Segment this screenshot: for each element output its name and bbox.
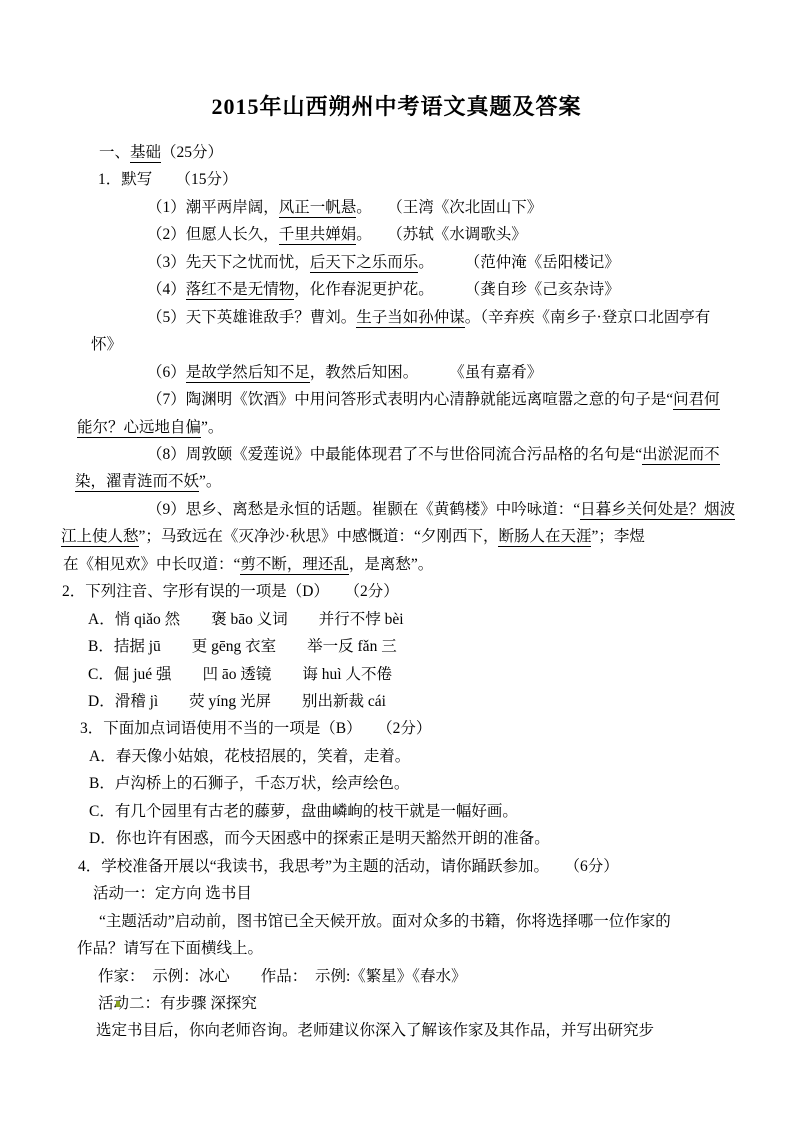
text-line: D．你也许有困惑，而今天困惑中的探索正是明天豁然开朗的准备。	[89, 825, 550, 852]
underlined-text: 出淤泥而不	[642, 446, 720, 465]
document-page: 2015年山西朔州中考语文真题及答案 一、基础（25分）1．默写 （15分）（1…	[0, 0, 793, 1122]
text-segment: 2．下列注音、字形有误的一项是（D） （2分）	[62, 583, 399, 600]
text-line: （9）思乡、离愁是永恒的话题。崔颢在《黄鹤楼》中吟咏道：“日暮乡关何处是？烟波	[147, 496, 735, 523]
text-segment: （25分）	[161, 144, 223, 161]
text-line: B．拮据 jū 更 gēng 衣室 举一反 fǎn 三	[88, 633, 397, 660]
text-line: 能尔？心远地自偏”。	[77, 414, 223, 441]
text-segment: ”；马致远在《灭净沙·秋思》中感慨道：“夕刚西下，	[139, 528, 499, 545]
underlined-text: 是故学然后知不足	[186, 364, 310, 383]
text-segment: C．倔 jué 强 凹 āo 透镜 诲 huì 人不倦	[88, 666, 392, 683]
underlined-text: 后天下之乐而乐	[310, 254, 419, 273]
text-segment: （5）天下英雄谁敌手？曹刘。	[147, 309, 356, 326]
text-segment: B．拮据 jū 更 gēng 衣室 举一反 fǎn 三	[88, 638, 397, 655]
text-segment: 活动二：有步骤 深探究	[98, 995, 257, 1012]
underlined-text: 生子当如孙仲谋	[356, 309, 465, 328]
text-line: （3）先天下之忧而忧，后天下之乐而乐。 （范仲淹《岳阳楼记》	[147, 249, 620, 276]
text-line: （5）天下英雄谁敌手？曹刘。生子当如孙仲谋。（辛弃疾《南乡子·登京口北固亭有	[147, 304, 710, 331]
text-line: 选定书目后，你向老师咨询。老师建议你深入了解该作家及其作品，并写出研究步	[96, 1017, 654, 1044]
text-line: C．有几个园里有古老的藤萝，盘曲嶙峋的枝干就是一幅好画。	[89, 798, 518, 825]
text-segment: ，教然后知困。 《虽有嘉肴》	[310, 364, 543, 381]
text-segment: A．春天像小姑娘，花枝招展的，笑着，走着。	[89, 748, 410, 765]
text-line: 1．默写 （15分）	[98, 166, 238, 193]
text-line: （6）是故学然后知不足，教然后知困。 《虽有嘉肴》	[147, 359, 542, 386]
text-segment: “主题活动”启动前，图书馆已全天候开放。面对众多的书籍，你将选择哪一位作家的	[99, 913, 671, 930]
text-segment: （3）先天下之忧而忧，	[147, 254, 310, 271]
text-line: 一、基础（25分）	[99, 139, 223, 166]
text-line: 作品？请写在下面横线上。	[77, 935, 263, 962]
text-segment: 3．下面加点词语使用不当的一项是（B） （2分）	[80, 720, 431, 737]
underlined-text: 染，濯青涟而不妖	[75, 473, 199, 492]
text-line: C．倔 jué 强 凹 āo 透镜 诲 huì 人不倦	[88, 661, 392, 688]
text-segment: 。 （范仲淹《岳阳楼记》	[418, 254, 620, 271]
text-segment: ，化作春泥更护花。 （龚自珍《己亥杂诗》	[294, 281, 620, 298]
underlined-text: 问君何	[673, 391, 720, 410]
page-title: 2015年山西朔州中考语文真题及答案	[0, 90, 793, 121]
text-line: 2．下列注音、字形有误的一项是（D） （2分）	[62, 578, 399, 605]
underlined-text: 日暮乡关何处是？烟波	[580, 501, 735, 520]
text-segment: 作品？请写在下面横线上。	[77, 940, 263, 957]
text-line: A．悄 qiǎo 然 褒 bāo 义词 并行不悖 bèi	[88, 606, 404, 633]
text-segment: 一、	[99, 144, 130, 161]
text-segment: （4）	[147, 281, 186, 298]
text-line: “主题活动”启动前，图书馆已全天候开放。面对众多的书籍，你将选择哪一位作家的	[99, 908, 671, 935]
text-line: 活动一：定方向 选书目	[93, 880, 252, 907]
text-line: （4）落红不是无情物，化作春泥更护花。 （龚自珍《己亥杂诗》	[147, 276, 620, 303]
text-segment: 在《相见欢》中长叹道：“	[63, 556, 240, 573]
text-segment: 怀》	[91, 336, 122, 353]
text-line: （7）陶渊明《饮酒》中用问答形式表明内心清静就能远离喧嚣之意的句子是“问君何	[147, 386, 720, 413]
text-line: 怀》	[91, 331, 122, 358]
text-segment: 活动一：定方向 选书目	[93, 885, 252, 902]
text-segment: （2）但愿人长久，	[147, 226, 279, 243]
text-line: A．春天像小姑娘，花枝招展的，笑着，走着。	[89, 743, 410, 770]
underlined-text: 剪不断，理还乱	[240, 556, 349, 575]
text-line: B．卢沟桥上的石狮子，千态万状，绘声绘色。	[89, 770, 409, 797]
text-segment: 1．默写 （15分）	[98, 171, 238, 188]
text-segment: ，是离愁”。	[349, 556, 433, 573]
underlined-text: 能尔？心远地自偏	[77, 419, 201, 438]
text-segment: ”；李煜	[591, 528, 644, 545]
text-segment: （8）周敦颐《爱莲说》中最能体现君了不与世俗同流合污品格的名句是“	[147, 446, 642, 463]
text-segment: 4．学校准备开展以“我读书，我思考”为主题的活动，请你踊跃参加。 （6分）	[78, 858, 619, 875]
text-line: 3．下面加点词语使用不当的一项是（B） （2分）	[80, 715, 431, 742]
text-line: 活动二：有步骤 深探究	[98, 990, 257, 1017]
stray-mark	[116, 1001, 120, 1007]
text-segment: （9）思乡、离愁是永恒的话题。崔颢在《黄鹤楼》中吟咏道：“	[147, 501, 580, 518]
text-segment: （1）潮平两岸阔，	[147, 199, 279, 216]
text-line: 作家： 示例：冰心 作品： 示例:《繁星》《春水》	[98, 963, 467, 990]
text-segment: （7）陶渊明《饮酒》中用问答形式表明内心清静就能远离喧嚣之意的句子是“	[147, 391, 673, 408]
text-segment: D．滑稽 jì 荧 yíng 光屏 别出新裁 cái	[88, 693, 386, 710]
underlined-text: 落红不是无情物	[186, 281, 295, 300]
underlined-text: 基础	[130, 144, 161, 163]
text-segment: C．有几个园里有古老的藤萝，盘曲嶙峋的枝干就是一幅好画。	[89, 803, 518, 820]
text-line: 4．学校准备开展以“我读书，我思考”为主题的活动，请你踊跃参加。 （6分）	[78, 853, 619, 880]
text-line: D．滑稽 jì 荧 yíng 光屏 别出新裁 cái	[88, 688, 386, 715]
text-segment: 作家： 示例：冰心 作品： 示例:《繁星》《春水》	[98, 968, 467, 985]
text-line: 在《相见欢》中长叹道：“剪不断，理还乱，是离愁”。	[63, 551, 433, 578]
text-segment: A．悄 qiǎo 然 褒 bāo 义词 并行不悖 bèi	[88, 611, 404, 628]
text-segment: ”。	[199, 473, 221, 490]
text-line: 染，濯青涟而不妖”。	[75, 468, 221, 495]
underlined-text: 江上使人愁	[61, 528, 139, 547]
text-segment: B．卢沟桥上的石狮子，千态万状，绘声绘色。	[89, 775, 409, 792]
text-segment: 选定书目后，你向老师咨询。老师建议你深入了解该作家及其作品，并写出研究步	[96, 1022, 654, 1039]
text-segment: 。 （王湾《次北固山下》	[356, 199, 542, 216]
text-line: （8）周敦颐《爱莲说》中最能体现君了不与世俗同流合污品格的名句是“出淤泥而不	[147, 441, 720, 468]
text-line: （2）但愿人长久，千里共婵娟。 （苏轼《水调歌头》	[147, 221, 527, 248]
text-segment: D．你也许有困惑，而今天困惑中的探索正是明天豁然开朗的准备。	[89, 830, 550, 847]
text-segment: （6）	[147, 364, 186, 381]
text-segment: ”。	[201, 419, 223, 436]
underlined-text: 断肠人在天涯	[498, 528, 591, 547]
text-segment: 。（辛弃疾《南乡子·登京口北固亭有	[465, 309, 710, 326]
underlined-text: 风正一帆悬	[279, 199, 357, 218]
text-line: （1）潮平两岸阔，风正一帆悬。 （王湾《次北固山下》	[147, 194, 542, 221]
text-line: 江上使人愁”；马致远在《灭净沙·秋思》中感慨道：“夕刚西下，断肠人在天涯”；李煜	[61, 523, 645, 550]
text-segment: 。 （苏轼《水调歌头》	[356, 226, 527, 243]
underlined-text: 千里共婵娟	[279, 226, 357, 245]
